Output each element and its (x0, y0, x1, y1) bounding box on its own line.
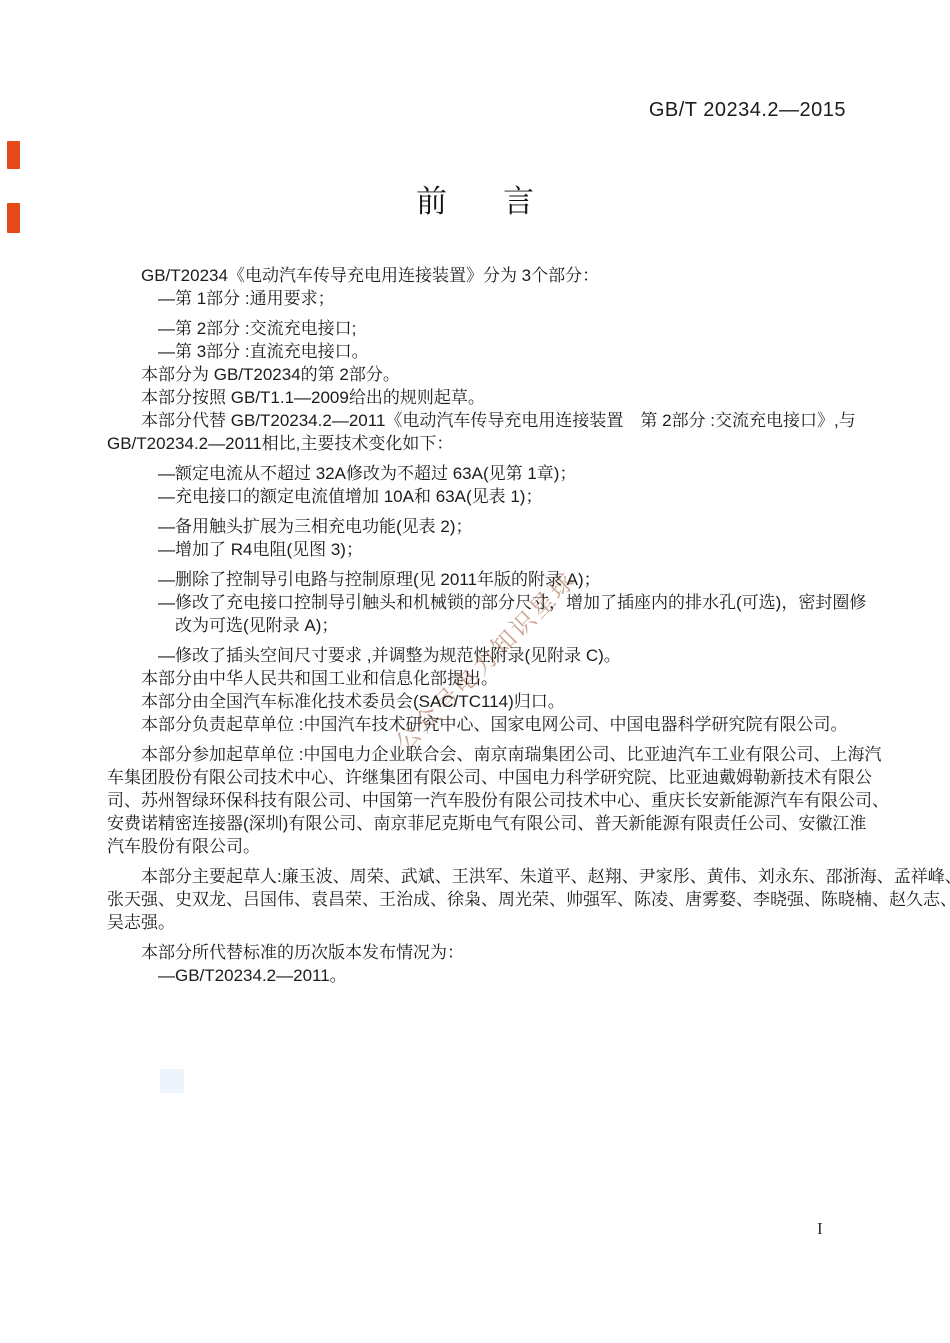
text-line: —增加了 R4电阻(见图 3)； (107, 538, 850, 561)
page-number: I (817, 1219, 823, 1239)
text-line: 司、苏州智绿环保科技有限公司、中国第一汽车股份有限公司技术中心、重庆长安新能源汽… (107, 789, 850, 812)
text-line: 本部分由中华人民共和国工业和信息化部提出。 (107, 667, 850, 690)
text-line: —额定电流从不超过 32A修改为不超过 63A(见第 1章)； (107, 462, 850, 485)
text-line: 吴志强。 (107, 911, 850, 934)
text-line: 本部分按照 GB/T1.1—2009给出的规则起草。 (107, 386, 850, 409)
red-mark (7, 141, 20, 169)
text-line: GB/T20234《电动汽车传导充电用连接装置》分为 3个部分： (107, 264, 850, 287)
standard-number-header: GB/T 20234.2—2015 (649, 99, 846, 122)
text-line: —修改了插头空间尺寸要求 ,并调整为规范性附录(见附录 C)。 (107, 644, 850, 667)
text-line: 本部分由全国汽车标准化技术委员会(SAC/TC114)归口。 (107, 690, 850, 713)
text-line: —修改了充电接口控制导引触头和机械锁的部分尺寸，增加了插座内的排水孔(可选)，密… (107, 591, 850, 614)
title-char-yan: 言 (503, 184, 534, 219)
text-line: 本部分所代替标准的历次版本发布情况为： (107, 941, 850, 964)
highlight-square (160, 1069, 184, 1093)
red-mark (7, 203, 20, 233)
text-line: 改为可选(见附录 A)； (107, 614, 850, 637)
text-line: 安费诺精密连接器(深圳)有限公司、南京菲尼克斯电气有限公司、普天新能源有限责任公… (107, 812, 850, 835)
document-page: GB/T 20234.2—2015 前言 公众号电力知识星球 GB/T20234… (0, 0, 950, 1343)
text-line: 车集团股份有限公司技术中心、许继集团有限公司、中国电力科学研究院、比亚迪戴姆勒新… (107, 766, 850, 789)
title-char-qian: 前 (416, 184, 447, 219)
text-line: —GB/T20234.2—2011。 (107, 964, 850, 987)
text-line: GB/T20234.2—2011相比,主要技术变化如下： (107, 432, 850, 455)
text-line: 汽车股份有限公司。 (107, 835, 850, 858)
text-line: 本部分负责起草单位 :中国汽车技术研究中心、国家电网公司、中国电器科学研究院有限… (107, 713, 850, 736)
page-title: 前言 (0, 176, 950, 221)
text-line: 本部分代替 GB/T20234.2—2011《电动汽车传导充电用连接装置 第 2… (107, 409, 850, 432)
text-line: —充电接口的额定电流值增加 10A和 63A(见表 1)； (107, 485, 850, 508)
text-line: 张天强、史双龙、吕国伟、袁昌荣、王治成、徐枭、周光荣、帅强军、陈凌、唐雾婺、李晓… (107, 888, 850, 911)
text-line: —删除了控制导引电路与控制原理(见 2011年版的附录 A)； (107, 568, 850, 591)
text-line: 本部分参加起草单位 :中国电力企业联合会、南京南瑞集团公司、比亚迪汽车工业有限公… (107, 743, 850, 766)
text-line: 本部分为 GB/T20234的第 2部分。 (107, 363, 850, 386)
document-body: GB/T20234《电动汽车传导充电用连接装置》分为 3个部分：—第 1部分 :… (107, 264, 850, 987)
text-line: —备用触头扩展为三相充电功能(见表 2)； (107, 515, 850, 538)
text-line: 本部分主要起草人:廉玉波、周荣、武斌、王洪军、朱道平、赵翔、尹家彤、黄伟、刘永东… (107, 865, 850, 888)
text-line: —第 3部分 :直流充电接口。 (107, 340, 850, 363)
text-line: —第 2部分 :交流充电接口; (107, 317, 850, 340)
text-line: —第 1部分 :通用要求； (107, 287, 850, 310)
